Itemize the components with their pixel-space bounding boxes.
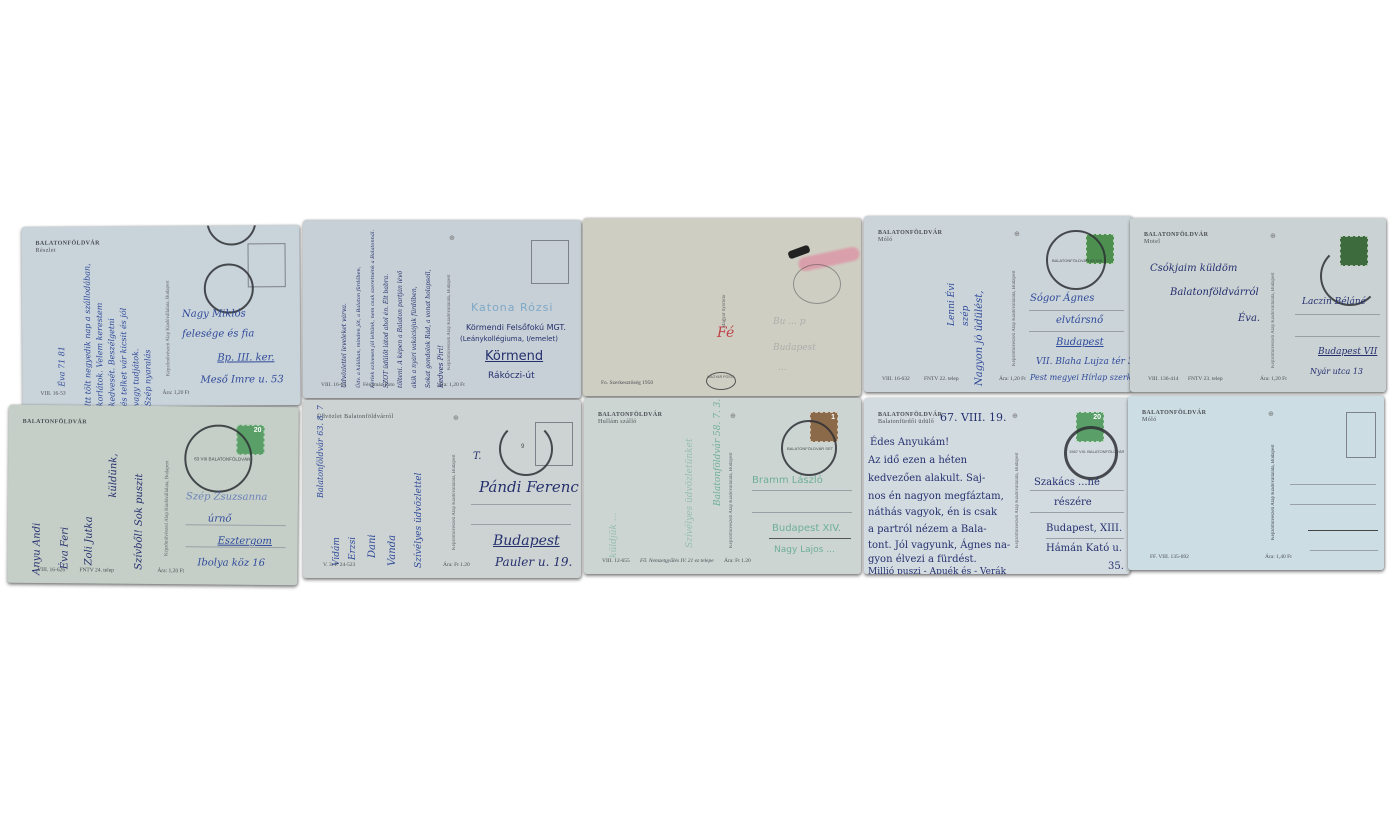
postmark: 1967 VIII. BALATONFÖLDVÁR — [1064, 426, 1118, 480]
price-mark: Fé — [717, 326, 734, 340]
publisher-imprint: Képzőművészeti Alap Kiadóvállalata, Buda… — [1011, 246, 1019, 366]
address-line: úrnő — [208, 514, 232, 524]
address-line-rule — [471, 524, 571, 525]
message-text: akik a nyári vakációjuk fürdőben, — [409, 238, 421, 388]
publisher-imprint: Képzőművészeti Alap Kiadóvállalata, Buda… — [163, 436, 172, 556]
address-line-rule — [1046, 538, 1124, 539]
address-line: Nyár utca 13 — [1310, 368, 1363, 376]
address-line: Szép Zsuzsanna — [186, 492, 267, 503]
message-text: Kedves Piri! — [435, 238, 447, 388]
address-line: Meső Imre u. 53 — [200, 375, 283, 386]
postcard-top-4: BALATONFÖLDVÁRMóló Képzőművészeti Alap K… — [864, 216, 1132, 392]
address-line: Szakács ...né — [1034, 478, 1100, 488]
message-text: Sokat gondolok Rád, a vonat holapsoll, — [423, 238, 435, 388]
message-text: Itt tölt negyedik nap a szállodában, — [82, 256, 95, 406]
postcard-header: BALATONFÖLDVÁRMóló — [1142, 410, 1206, 424]
stamp-placeholder — [1346, 412, 1376, 458]
catalog-number: FF. VIII. 135-692 — [1150, 554, 1189, 560]
message-text: Szép nyaralás — [142, 256, 155, 406]
address-line-rule — [1295, 314, 1380, 315]
message-text: küldünk, — [108, 438, 121, 498]
address-line: T. — [473, 452, 481, 462]
postcard-header: BALATONFÖLDVÁRMóló — [878, 230, 942, 244]
catalog-number: VIII. 16-64 — [321, 382, 346, 388]
price-label: Ára: 1,40 Ft — [1265, 554, 1292, 560]
publisher-imprint: Képzőművészeti Alap Kiadóvállalata, Buda… — [1270, 248, 1278, 368]
message-text: Szívélyes üdvözlettel — [413, 438, 425, 568]
message-text: küldjük ... — [608, 428, 620, 558]
address-line: Budapest — [773, 344, 816, 353]
message-text: Balatonföldvár 58. 7. 3. — [712, 416, 724, 506]
photo-background: { "scene": { "description": "Photograph … — [0, 0, 1391, 822]
publisher-imprint: Képzőművészeti Alap Kiadóvállalata, Buda… — [728, 428, 736, 548]
message-text: Édes Anyukám! — [870, 438, 949, 448]
postcard-top-1: BALATONFÖLDVÁRRészlet Képzőművészeti Ala… — [21, 225, 300, 407]
publisher-logo-icon: ⊕ — [1268, 410, 1274, 418]
address-line: Budapest — [1056, 338, 1104, 348]
address-line-rule — [1290, 484, 1376, 485]
address-line: Esztergom — [218, 537, 272, 547]
message-text: Millió puszi - Apuék és - Verák — [868, 568, 1006, 574]
message-text: Szívből! Sok puszit — [133, 430, 146, 570]
message-text: Éva. — [1238, 314, 1260, 324]
address-line: Ibolya köz 16 — [197, 558, 265, 569]
catalog-number: VIII. 12-655 — [602, 558, 630, 564]
postcard-collection: BALATONFÖLDVÁRRészlet Képzőművészeti Ala… — [0, 212, 1391, 590]
stamp-placeholder — [531, 240, 569, 284]
address-line: Pándi Ferenc — [479, 480, 579, 495]
print-info: FNTV 22. telep — [924, 376, 959, 382]
postmark — [204, 263, 254, 313]
address-line: Bp. III. ker. — [217, 353, 274, 363]
publisher-imprint: Képzőművészeti Alap Kiadóvállalata, Buda… — [446, 250, 454, 370]
postcard-bottom-5-blank: BALATONFÖLDVÁRMóló ⊕ Képzőművészeti Alap… — [1128, 396, 1384, 570]
address-line: részére — [1054, 498, 1092, 508]
address-line: Pest megyei Hírlap szerk. — [1030, 374, 1132, 382]
message-text: nos én nagyon megfáztam, — [868, 492, 1004, 502]
message-text: Üdv. a hálóban, minden jót, a Balaton fü… — [353, 238, 365, 388]
postmark: 63 VIII BALATONFÖLDVÁR — [184, 424, 253, 493]
message-text: Balatonföldvárról — [1170, 288, 1259, 298]
publisher-imprint: Képzőművészeti Alap Kiadóvállalata, Buda… — [1014, 428, 1022, 548]
message-text: Vanda — [387, 496, 399, 566]
address-line: (Leánykollégiuma, I/emelet) — [460, 336, 558, 343]
message-text: Éva 71 81 — [56, 287, 69, 387]
print-info: FNTV 24. telep — [79, 567, 114, 573]
postcard-header: BALATONFÖLDVÁRHullám szálló — [598, 412, 662, 426]
address-line: Sógor Ágnes — [1030, 294, 1094, 304]
publisher-logo-icon: ⊕ — [453, 414, 459, 422]
postcard-bottom-3: BALATONFÖLDVÁRHullám szálló Képzőművésze… — [584, 398, 861, 574]
message-text: Zoli Jutka — [83, 455, 96, 565]
address-line: Nagy Miklós — [182, 309, 246, 319]
message-text: vagy tudjátok. — [130, 256, 143, 406]
message-text: a partról nézem a Bala- — [868, 525, 987, 535]
message-text: kedvezően alakult. Saj- — [868, 474, 985, 484]
address-line-rule — [1310, 550, 1378, 551]
message-text: Éva Feri — [59, 469, 72, 569]
postmark: 9 — [499, 422, 553, 476]
postcard-header: BALATONFÖLDVÁRBalatonfürdői üdülő — [878, 412, 942, 426]
address-line-rule — [471, 504, 571, 505]
address-line-rule — [1029, 331, 1124, 332]
catalog-number: V. 3. P. 24-523 — [323, 562, 355, 568]
publisher-oval-stamp: MAGYAR POSTA — [706, 372, 736, 390]
publisher-logo-icon: ⊕ — [1014, 230, 1020, 238]
faded-postmark — [793, 264, 841, 304]
address-line-rule — [1290, 504, 1376, 505]
address-line: Budapest XIV. — [772, 524, 841, 534]
address-line-rule — [1295, 336, 1380, 337]
postcard-header: BALATONFÖLDVÁR — [23, 419, 87, 427]
postmark: BALATONFÖLDVÁR SET — [781, 420, 837, 476]
catalog-number: VIII. 16-626 — [37, 567, 65, 573]
message-text: Szívélyes üdvözletünket — [684, 418, 696, 548]
address-line-rule — [1030, 512, 1124, 513]
address-line-rule — [1308, 530, 1378, 531]
price-label: Ára: 1,20 Ft — [163, 390, 190, 396]
address-line: Budapest, XIII. — [1046, 524, 1122, 534]
address-line: ... — [778, 364, 787, 373]
catalog-number: VIII. 16-53 — [41, 391, 66, 397]
postcard-bottom-1: BALATONFÖLDVÁR Képzőművészeti Alap Kiadó… — [7, 405, 299, 586]
postcard-bottom-4: BALATONFÖLDVÁRBalatonfürdői üdülő 67. VI… — [864, 398, 1130, 574]
postcard-top-5: BALATONFÖLDVÁRMotel Képzőművészeti Alap … — [1130, 218, 1386, 392]
message-text: Lenni Évi — [946, 246, 958, 326]
address-line: Budapest VII — [1318, 348, 1377, 357]
price-label: Ára: 1,20 Ft — [438, 382, 465, 388]
message-text: és telket vár kicsit és jól — [118, 256, 131, 406]
message-text: Kérlek szívesen jól leltünk, nem csak sz… — [367, 238, 379, 388]
address-line-rule — [752, 490, 852, 491]
address-line-rule — [769, 538, 851, 539]
print-info: Fő. Nemzetgyűlés IV. 21 ez telepe — [640, 558, 714, 564]
address-line: felesége és fia — [182, 329, 254, 340]
message-text: tont. Jól vagyunk, Ágnes na- — [868, 541, 1010, 551]
stamp-placeholder — [247, 243, 285, 287]
message-text: Dani — [367, 498, 379, 558]
catalog-number: VIII. 16-632 — [882, 376, 910, 382]
catalog-number: VIII. 136-414 — [1148, 376, 1179, 382]
address-line: Körmendi Felsőfokú MGT. — [466, 324, 566, 332]
address-line: Budapest — [493, 534, 560, 548]
publisher-logo-icon: ⊕ — [1012, 412, 1018, 420]
message-text: Erzsi — [347, 510, 359, 560]
address-line: VII. Blaha Lujza tér 3 — [1036, 358, 1132, 367]
address-line-rule — [186, 524, 286, 526]
message-text: SZOT üdülőt látod ahol én. Élt babra. — [381, 238, 393, 388]
address-line-rule — [1030, 490, 1124, 491]
message-text: kedvesét. Beszélgetni — [106, 256, 119, 406]
publisher-imprint: Magyar nyomda — [721, 268, 729, 328]
catalog-number: Fo. Szerkesztőség 1950 — [601, 380, 653, 386]
address-line: Rákóczi-út — [488, 372, 535, 381]
message-text: gyon élvezi a fürdést. — [868, 555, 977, 565]
postcard-top-2: Képzőművészeti Alap Kiadóvállalata, Buda… — [303, 220, 581, 398]
address-line: Hámán Kató u. — [1046, 544, 1122, 554]
address-line: elvtársnő — [1056, 316, 1103, 326]
message-text: Üdvözlettel leveleket várva. — [339, 238, 351, 388]
message-text: náthás vagyok, én is csak — [868, 508, 997, 518]
postcard-header: BALATONFÖLDVÁRMotel — [1144, 232, 1208, 246]
address-line: 35. — [1108, 562, 1124, 572]
publisher-imprint: Képzőművészeti Alap Kiadóvállalata, Buda… — [1270, 430, 1278, 540]
publisher-logo-icon: ⊕ — [730, 412, 736, 420]
message-text: Csókjaim küldöm — [1150, 264, 1237, 274]
address-line-rule — [1029, 310, 1124, 311]
address-line: Nagy Lajos ... — [774, 546, 835, 555]
address-line: Bramm László — [752, 476, 823, 486]
print-info: FNTV 23. telep — [1188, 376, 1223, 382]
message-text: szép — [960, 286, 972, 326]
publisher-logo-icon: ⊕ — [1270, 232, 1276, 240]
message-text: Vidám — [331, 496, 343, 566]
message-text: tölteni. A képen a Balaton partján lévő — [395, 238, 407, 388]
price-label: Ára: Ft 1.20 — [724, 558, 751, 564]
price-label: Ára: Ft 1.20 — [443, 562, 470, 568]
message-text: Anyu Andi — [31, 435, 44, 575]
postcard-header: BALATONFÖLDVÁRRészlet — [35, 240, 99, 254]
postcard-bottom-2: Üdvözlet Balatonföldvárról Képzőművészet… — [303, 400, 581, 578]
publisher-imprint: Képzőművészeti Alap Kiadóvállalata, Buda… — [451, 430, 459, 550]
publisher-logo-icon: ⊕ — [449, 234, 455, 242]
message-text: Az idő ezen a héten — [868, 456, 967, 466]
price-label: Ára: 1,20 Ft — [1260, 376, 1287, 382]
postcard-header: Üdvözlet Balatonföldvárról — [317, 414, 394, 421]
address-line: Körmend — [485, 350, 543, 363]
address-line: Pauler u. 19. — [495, 556, 572, 568]
address-line: Laczin Béláné — [1302, 298, 1366, 307]
postcard-top-3: Magyar nyomda Fé Bu ... p Budapest ... M… — [583, 218, 861, 396]
print-info: Fénymáz Foto — [363, 382, 395, 388]
publisher-imprint: Képzőművészeti Alap Kiadóvállalata, Buda… — [165, 256, 174, 376]
price-label: Ára: 1,20 Ft — [157, 568, 184, 574]
message-text: Balatonföldvár 63. 8. 7 — [315, 428, 327, 498]
message-text: korlátok. Velem kerestem — [94, 256, 107, 406]
price-label: Ára: 1,20 Ft — [999, 376, 1026, 382]
sender-stamp: Katona Rózsi — [471, 302, 553, 313]
message-date: 67. VIII. 19. — [940, 412, 1006, 423]
postmark: BALATONFÖLDVÁR 63 VIII — [1046, 230, 1106, 290]
message-text: Nagyon jó üdülést, — [974, 236, 986, 386]
address-line: Bu ... p — [773, 318, 805, 327]
address-line-rule — [752, 512, 852, 513]
